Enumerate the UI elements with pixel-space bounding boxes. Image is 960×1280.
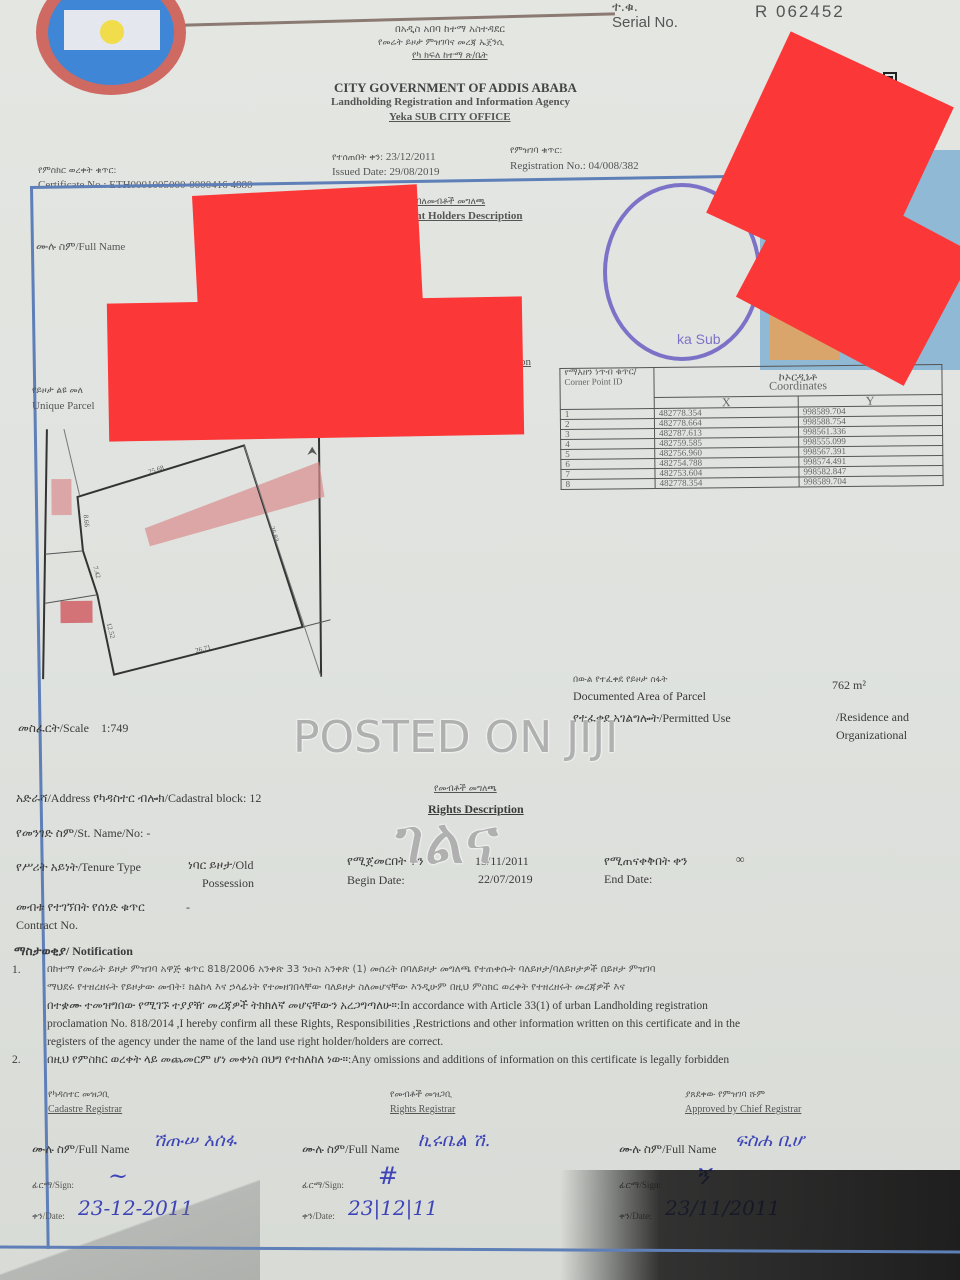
scale-value: 1:749 <box>101 721 128 735</box>
signatory-title-am: የካዳስተር መዝጋቢ <box>48 1090 109 1100</box>
issued-value-am: 23/12/2011 <box>386 151 436 163</box>
serial-label-am: ተ.ቁ. <box>612 0 638 15</box>
signatory-title-am: የመብቶች መዝጋቢ <box>390 1090 452 1100</box>
notification-text-line: ማህደሩ የተዘረዘሩት የይዞታው መብት፣ ክልከላ እና ኃላፊነት የተ… <box>47 979 740 997</box>
signatory-title: Approved by Chief Registrar <box>685 1104 801 1115</box>
notification-item-1: 1. በከተማ የመሬት ይዞታ ምዝገባ አዋጅ ቁጥር 818/2006 አ… <box>12 961 942 1051</box>
edge-label-left-mid: 7.42 <box>91 565 102 579</box>
certificate-label-am: የምስክር ወረቀት ቁጥር: <box>38 166 116 176</box>
signatory-title: Cadastre Registrar <box>48 1104 122 1115</box>
cadastral-block-value: 12 <box>249 791 261 805</box>
registration-label-am: የምዝገባ ቁጥር: <box>510 146 562 156</box>
cadastral-block-label: የካዳስተር ብሎክ/Cadastral block: <box>93 791 246 805</box>
watermark-logo: ገልና <box>395 805 499 879</box>
full-name-label: ሙሉ ስም/Full Name <box>619 1142 716 1157</box>
right-holders-heading: ght Holders Description <box>410 210 522 222</box>
parcel-label: Unique Parcel <box>32 400 95 412</box>
end-date-value: ∞ <box>736 852 745 867</box>
notification-list: 1. በከተማ የመሬት ይዞታ ምዝገባ አዋጅ ቁጥር 818/2006 አ… <box>12 961 942 1069</box>
page-fold-shadow <box>0 1150 260 1280</box>
issued-date: Issued Date: 29/08/2019 <box>332 166 440 178</box>
redaction-block <box>192 184 423 316</box>
sign-label: ፊርማ/Sign: <box>302 1180 344 1191</box>
scale-label: መስፈርት/Scale <box>18 721 89 735</box>
permitted-use-value-1: /Residence and <box>836 710 909 725</box>
registration-label: Registration No.: <box>510 160 586 172</box>
header-amharic-line1: በአዲስ አበባ ከተማ አስተዳደር <box>395 24 505 35</box>
coordinates-table: የማእዘን ነጥብ ቁጥር/ Corner Point ID ኮኦርዲኔቶ Co… <box>559 364 943 490</box>
photo-shadow <box>560 1170 960 1280</box>
watermark-text: POSTED ON JIJI <box>293 712 618 763</box>
north-arrow-icon: ⮝ <box>307 444 317 458</box>
area-label-am: በውል የተፈቀደ የይዞታ ስፋት <box>573 675 667 685</box>
contract-label: Contract No. <box>16 918 78 933</box>
registration-number: Registration No.: 04/008/382 <box>510 160 639 172</box>
notification-text-line: በተቋሙ ተመዝግበው የሚገኙ ተያያዥ መረጃዎች ትክክለኛ መሆናቸውን… <box>47 997 740 1015</box>
corner-id-header-en: Corner Point ID <box>564 377 649 387</box>
notification-item-2: 2. በዚህ የምስክር ወረቀት ላይ መጨመርም ሆነ መቀነስ በህግ የ… <box>12 1051 942 1069</box>
notification-text-line: በከተማ የመሬት ይዞታ ምዝገባ አዋጅ ቁጥር 818/2006 አንቀጽ… <box>47 961 740 979</box>
edge-label-top: 25.68 <box>148 464 166 477</box>
issued-label: Issued Date: <box>332 166 387 178</box>
contract-label-am: መብቱ የተገኘበት የሰነድ ቁጥር <box>16 900 145 915</box>
signature-date: 23|12|11 <box>348 1196 438 1220</box>
coordinate-x: 482778.354 <box>655 477 799 489</box>
full-name-label: ሙሉ ስም/Full Name <box>302 1142 399 1157</box>
header-title: CITY GOVERNMENT OF ADDIS ABABA <box>334 80 577 96</box>
signatory-name: ኪሩቤል ሽ. <box>418 1130 490 1151</box>
header-office: Yeka SUB CITY OFFICE <box>389 111 511 123</box>
corner-id-header: የማእዘን ነጥብ ቁጥር/ Corner Point ID <box>560 368 654 410</box>
contract-value: - <box>186 900 190 915</box>
end-date-label-am: የሚጠናቀቅበት ቀን <box>604 854 687 869</box>
end-date-label: End Date: <box>604 872 652 887</box>
notification-number: 1. <box>12 961 47 1051</box>
notification-heading: ማስታወቂያ/ Notification <box>14 944 133 959</box>
right-holders-heading-am: የባለመብቶች መግለጫ <box>412 197 485 207</box>
area-value: 762 m² <box>832 678 866 693</box>
scale: መስፈርት/Scale 1:749 <box>18 721 128 736</box>
redaction-block <box>107 296 524 441</box>
signatory-name: ሽጡሠ አሰፋ <box>153 1130 236 1151</box>
notification-text-line: proclamation No. 818/2014 ,I hereby conf… <box>47 1015 740 1033</box>
serial-label: Serial No. <box>612 14 678 31</box>
area-label: Documented Area of Parcel <box>573 689 706 704</box>
street-line: የመንገድ ስም/St. Name/No: - <box>16 826 150 841</box>
notification-text-line: registers of the agency under the name o… <box>47 1033 740 1051</box>
coordinate-id: 8 <box>561 479 655 490</box>
parcel-map: 25.68 26.83 26.71 12.52 7.42 8.66 ⮝ <box>39 427 331 680</box>
signatory-title: Rights Registrar <box>390 1104 455 1115</box>
tenure-type-value-1: ነባር ይዞታ/Old <box>188 858 254 873</box>
signature-mark: # <box>378 1162 398 1190</box>
coordinate-y: 998589.704 <box>799 475 943 487</box>
street-value: - <box>146 826 150 840</box>
issued-date-am: የተሰጠበት ቀን: 23/12/2011 <box>332 151 436 163</box>
notification-number: 2. <box>12 1051 47 1069</box>
serial-number: R 062452 <box>755 2 845 22</box>
edge-label-left-top: 8.66 <box>82 514 91 527</box>
header-agency: Landholding Registration and Information… <box>331 96 570 108</box>
rights-heading-am: የመብቶች መግለጫ <box>434 784 497 794</box>
star-icon <box>100 20 124 44</box>
address-label: አድራሻ/Address <box>16 791 90 805</box>
header-amharic-line2: የመሬት ይዞታ ምዝገባና መረጃ ኤጀንሲ <box>378 38 504 48</box>
header-amharic-line3: የካ ክፍለ ከተማ ጽ/ቤት <box>412 51 488 61</box>
issued-label-am: የተሰጠበት ቀን: <box>332 153 383 163</box>
tenure-type-value-2: Possession <box>202 876 254 891</box>
edge-label-bottom: 26.71 <box>194 643 212 655</box>
parcel-label-am: የይዞታ ልዩ መለ <box>32 386 83 396</box>
edge-label-right: 26.83 <box>268 525 281 543</box>
issued-value: 29/08/2019 <box>389 166 439 178</box>
tenure-type-label: የሥሪት አይነት/Tenure Type <box>16 860 141 875</box>
notification-text-line: በዚህ የምስክር ወረቀት ላይ መጨመርም ሆነ መቀነስ በህግ የተከለ… <box>47 1051 729 1069</box>
signatory-title-am: ያጸደቀው የምዝገባ ሹም <box>685 1090 765 1100</box>
signatory-name: ፍስሐ ቢሆ <box>735 1130 804 1151</box>
permitted-use-value-2: Organizational <box>836 728 907 743</box>
registration-value: 04/008/382 <box>589 160 639 172</box>
stamp-text: ka Sub <box>677 331 721 347</box>
full-name-label: ሙሉ ስም/Full Name <box>36 241 125 254</box>
address-line: አድራሻ/Address የካዳስተር ብሎክ/Cadastral block:… <box>16 791 261 806</box>
date-label: ቀን/Date: <box>302 1211 335 1222</box>
street-label: የመንገድ ስም/St. Name/No: <box>16 826 143 840</box>
